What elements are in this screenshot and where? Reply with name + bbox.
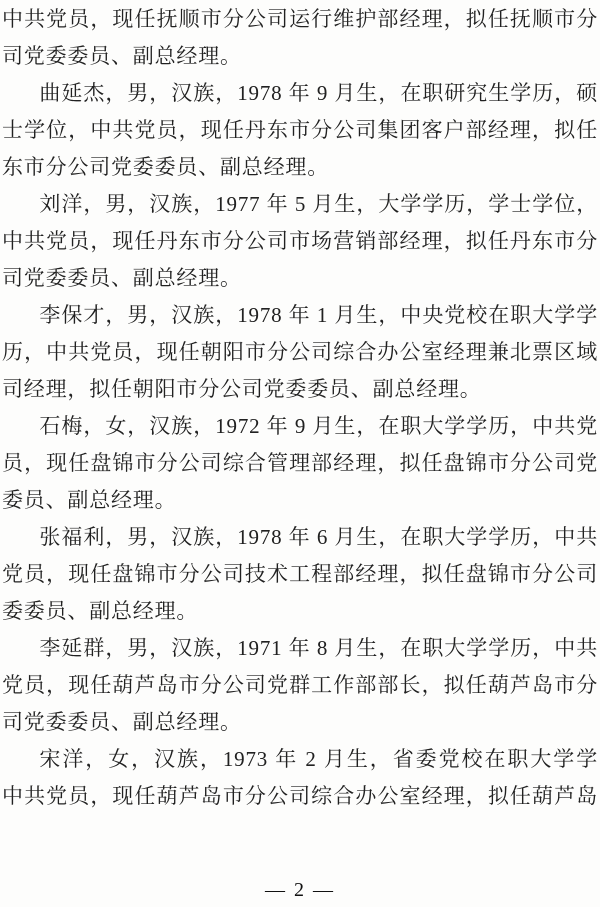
- page-number: — 2 —: [265, 879, 335, 901]
- text-line: 员，现任盘锦市分公司综合管理部经理，拟任盘锦市分公司党委: [2, 445, 598, 482]
- text-line: 李延群，男，汉族，1971 年 8 月生，在职大学学历，中共: [2, 630, 598, 667]
- text-line: 党员，现任葫芦岛市分公司党群工作部部长，拟任葫芦岛市分公: [2, 667, 598, 704]
- text-line: 刘洋，男，汉族，1977 年 5 月生，大学学历，学士学位，: [2, 186, 598, 223]
- text-line: 司党委委员、副总经理。: [2, 704, 598, 741]
- text-line: 宋洋，女，汉族，1973 年 2 月生，省委党校在职大学学历，: [2, 741, 598, 778]
- text-line: 中共党员，现任葫芦岛市分公司综合办公室经理，拟任葫芦岛市: [2, 778, 598, 815]
- text-line: 张福利，男，汉族，1978 年 6 月生，在职大学学历，中共: [2, 519, 598, 556]
- text-line: 曲延杰，男，汉族，1978 年 9 月生，在职研究生学历，硕: [2, 75, 598, 112]
- text-line: 李保才，男，汉族，1978 年 1 月生，中央党校在职大学学: [2, 297, 598, 334]
- text-line: 士学位，中共党员，现任丹东市分公司集团客户部经理，拟任丹: [2, 112, 598, 149]
- document-body: 中共党员，现任抚顺市分公司运行维护部经理，拟任抚顺市分公司党委委员、副总经理。曲…: [2, 1, 598, 815]
- text-line: 委委员、副总经理。: [2, 593, 598, 630]
- text-line: 石梅，女，汉族，1972 年 9 月生，在职大学学历，中共党: [2, 408, 598, 445]
- text-line: 委员、副总经理。: [2, 482, 598, 519]
- text-line: 东市分公司党委委员、副总经理。: [2, 149, 598, 186]
- text-line: 中共党员，现任抚顺市分公司运行维护部经理，拟任抚顺市分公: [2, 1, 598, 38]
- text-line: 司党委委员、副总经理。: [2, 260, 598, 297]
- text-line: 历，中共党员，现任朝阳市分公司综合办公室经理兼北票区域公: [2, 334, 598, 371]
- text-line: 中共党员，现任丹东市分公司市场营销部经理，拟任丹东市分公: [2, 223, 598, 260]
- text-line: 党员，现任盘锦市分公司技术工程部经理，拟任盘锦市分公司党: [2, 556, 598, 593]
- document-page: 中共党员，现任抚顺市分公司运行维护部经理，拟任抚顺市分公司党委委员、副总经理。曲…: [0, 0, 600, 907]
- text-line: 司党委委员、副总经理。: [2, 38, 598, 75]
- page-footer: — 2 —: [0, 878, 600, 902]
- text-line: 司经理，拟任朝阳市分公司党委委员、副总经理。: [2, 371, 598, 408]
